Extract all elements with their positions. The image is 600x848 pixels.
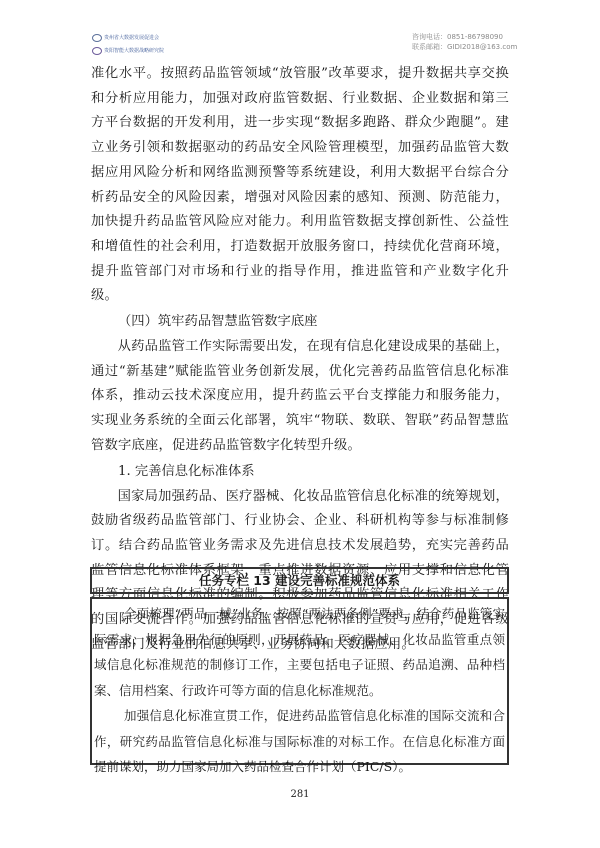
- section-heading: （四）筑牢药品智慧监管数字底座: [91, 309, 509, 335]
- task-box-paragraph-2: 加强信息化标准宣贯工作，促进药品监管信息化标准的国际交流和合作，研究药品监管信息…: [94, 703, 505, 780]
- logo-circle-icon: [92, 34, 102, 42]
- page-header: 贵州省大数据发展促进会 贵阳智能大数据战略研究院 咨询电话：0851-86798…: [0, 28, 600, 56]
- logo-line-2: 贵阳智能大数据战略研究院: [92, 45, 172, 56]
- subsection-heading: 1. 完善信息化标准体系: [91, 459, 509, 485]
- contact-info: 咨询电话：0851-86798090 联系邮箱：GIDI2018@163.com: [412, 32, 517, 52]
- logo-text-1: 贵州省大数据发展促进会: [104, 34, 159, 41]
- task-box-paragraph-1: 全面梳理“两品一械”业务，按照“两法两条例”要求，结合药品监管实际需求，根据急用…: [94, 601, 505, 703]
- logo-text-2: 贵阳智能大数据战略研究院: [104, 47, 164, 54]
- logo-infinity-icon: [92, 47, 102, 55]
- task-box-title: 任务专栏 13 建设完善标准规范体系: [90, 567, 509, 594]
- organization-logo: 贵州省大数据发展促进会 贵阳智能大数据战略研究院: [92, 32, 172, 58]
- page-number: 281: [0, 789, 600, 800]
- body-paragraph-1: 准化水平。按照药品监管领域“放管服”改革要求，提升数据共享交换和分析应用能力，加…: [91, 62, 509, 309]
- body-paragraph-2: 从药品监管工作实际需要出发，在现有信息化建设成果的基础上，通过“新基建”赋能监管…: [91, 335, 509, 459]
- logo-line-1: 贵州省大数据发展促进会: [92, 32, 172, 43]
- contact-email: 联系邮箱：GIDI2018@163.com: [412, 42, 517, 52]
- task-box-content: 全面梳理“两品一械”业务，按照“两法两条例”要求，结合药品监管实际需求，根据急用…: [90, 597, 509, 765]
- contact-phone: 咨询电话：0851-86798090: [412, 32, 517, 42]
